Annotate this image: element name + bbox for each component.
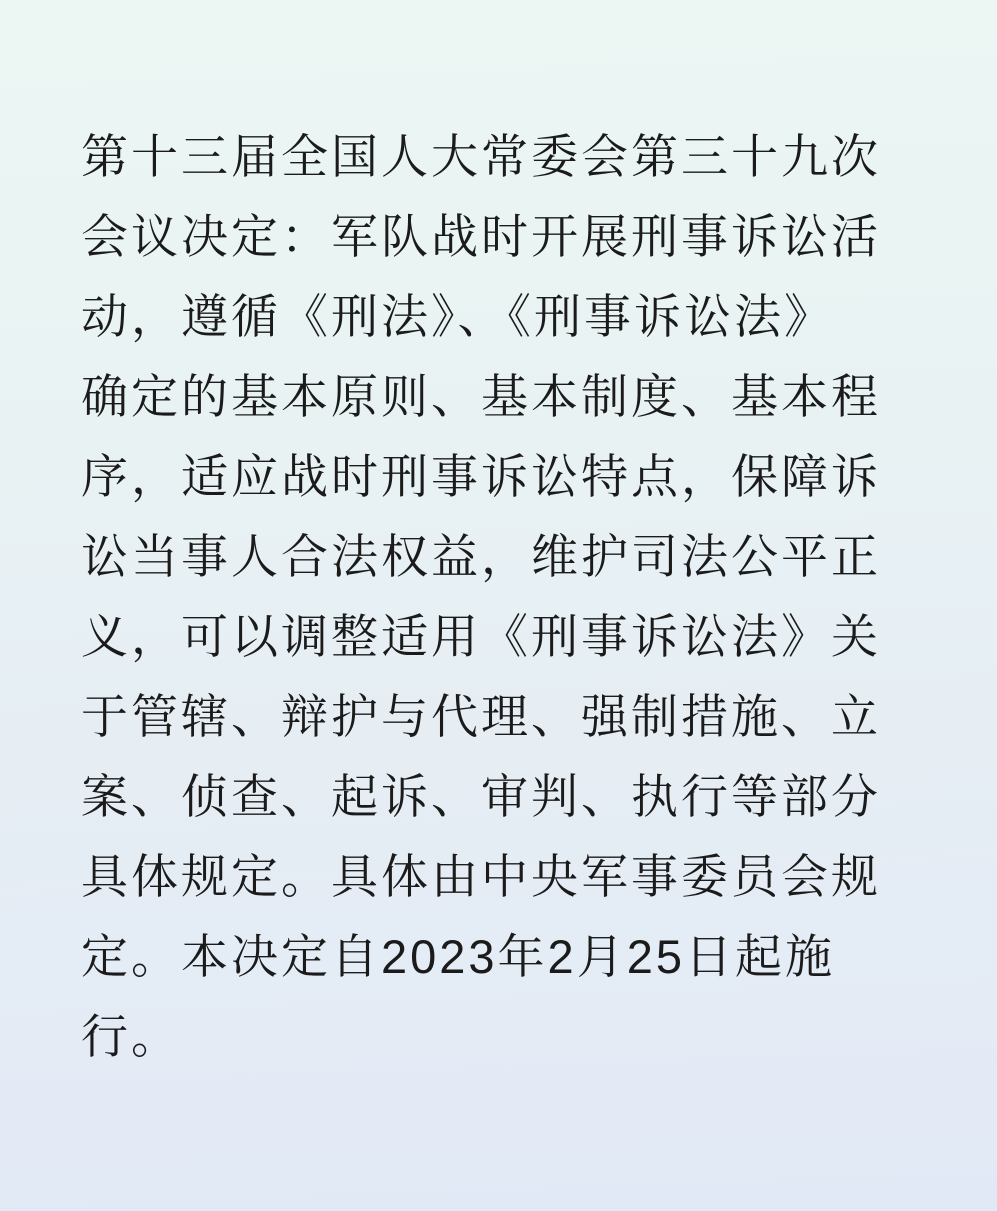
text-line: 第十三届全国人大常委会第三十九次: [81, 117, 957, 197]
text-line: 于管辖、辩护与代理、强制措施、立: [81, 677, 957, 757]
text-line: 案、侦查、起诉、审判、执行等部分: [81, 757, 957, 837]
text-line: 会议决定：军队战时开展刑事诉讼活: [81, 197, 957, 277]
text-line: 行。: [81, 997, 957, 1077]
text-line: 具体规定。具体由中央军事委员会规: [81, 837, 957, 917]
text-line: 确定的基本原则、基本制度、基本程: [81, 357, 957, 437]
page-background: 第十三届全国人大常委会第三十九次 会议决定：军队战时开展刑事诉讼活 动，遵循《刑…: [0, 0, 997, 1211]
text-line: 讼当事人合法权益，维护司法公平正: [81, 517, 957, 597]
text-line: 义，可以调整适用《刑事诉讼法》关: [81, 597, 957, 677]
text-line: 定。本决定自2023年2月25日起施: [81, 917, 957, 997]
announcement-text: 第十三届全国人大常委会第三十九次 会议决定：军队战时开展刑事诉讼活 动，遵循《刑…: [81, 117, 957, 1077]
text-line: 序，适应战时刑事诉讼特点，保障诉: [81, 437, 957, 517]
text-line: 动，遵循《刑法》、《刑事诉讼法》: [81, 277, 957, 357]
